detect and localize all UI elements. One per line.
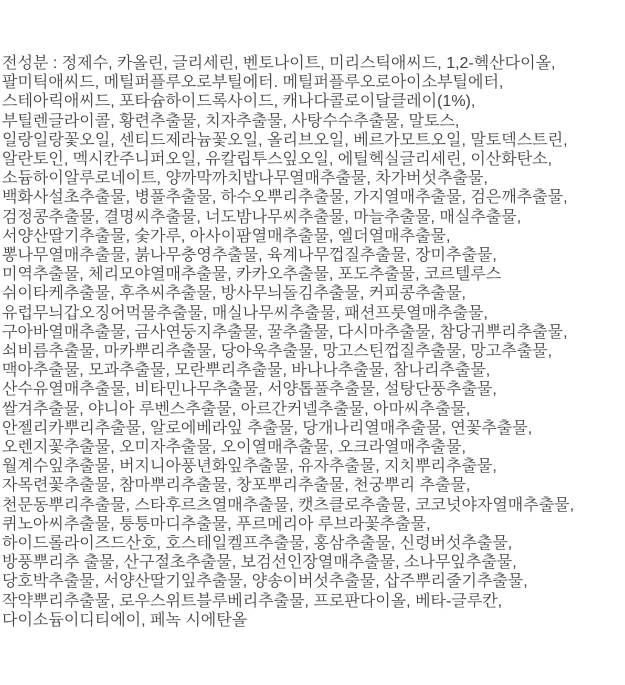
ingredients-text-block: 전성분 : 정제수, 카올린, 글리세린, 벤토나이트, 미리스틱애씨드, 1,…	[2, 54, 625, 630]
ingredient-line: 일랑일랑꽃오일, 센티드제라늄꽃오일, 올리브오일, 베르가모트오일, 말토덱스…	[2, 131, 625, 150]
ingredient-line: 알란토인, 멕시칸주니퍼오일, 유칼립투스잎오일, 에틸헥실글리세린, 이산화탄…	[2, 150, 625, 169]
ingredient-line: 구아바열매추출물, 금사연둥지추출물, 꿀추출물, 다시마추출물, 참당귀뿌리추…	[2, 323, 625, 342]
ingredient-line: 맥아추출물, 모과추출물, 모란뿌리추출물, 바나나추출물, 참나리추출물,	[2, 361, 625, 380]
ingredient-line: 하이드롤라이즈드산호, 호스테일켈프추출물, 홍삼추출물, 신령버섯추출물,	[2, 534, 625, 553]
ingredient-line: 소듐하이알루로네이트, 양까막까치밥나무열매추출물, 차가버섯추출물,	[2, 169, 625, 188]
ingredient-line: 팔미틱애씨드, 메틸퍼플루오로부틸에터. 메틸퍼플루오로아이소부틸에터,	[2, 73, 625, 92]
ingredient-line: 자목련꽃추출물, 참마뿌리추출물, 창포뿌리추출물, 천궁뿌리 추출물,	[2, 476, 625, 495]
ingredient-line: 쇠비름추출물, 마카뿌리추출물, 당아욱추출물, 망고스틴껍질추출물, 망고추출…	[2, 342, 625, 361]
ingredient-line: 뽕나무열매추출물, 붉나무충영추출물, 육계나무껍질추출물, 장미추출물,	[2, 246, 625, 265]
ingredient-line: 유럽무늬갑오징어먹물추출물, 매실나무씨추출물, 패션프룻열매추출물,	[2, 304, 625, 323]
ingredient-line: 백화사설초추출물, 병풀추출물, 하수오뿌리추출물, 가지열매추출물, 검은깨추…	[2, 188, 625, 207]
ingredient-line: 천문동뿌리추출물, 스타후르츠열매추출물, 캣츠클로추출물, 코코넛야자열매추출…	[2, 496, 625, 515]
ingredient-line: 검정콩추출물, 결명씨추출물, 너도밤나무씨추출물, 마늘추출물, 매실추출물,	[2, 208, 625, 227]
ingredient-line: 퀴노아씨추출물, 퉁퉁마디추출물, 푸르메리아 루브라꽃추출물,	[2, 515, 625, 534]
ingredient-line: 쌀겨추출물, 야니아 루벤스추출물, 아르간커넬추출물, 아마씨추출물,	[2, 400, 625, 419]
ingredient-line: 다이소듐이디티에이, 페녹 시에탄올	[2, 611, 625, 630]
ingredient-line: 서양산딸기추출물, 숯가루, 아사이팜열매추출물, 엘더열매추출물,	[2, 227, 625, 246]
ingredient-line: 스테아릭애씨드, 포타슘하이드록사이드, 캐나다콜로이달클레이(1%),	[2, 92, 625, 111]
ingredient-line: 미역추출물, 체리모야열매추출물, 카카오추출물, 포도추출물, 코르텔루스	[2, 265, 625, 284]
ingredient-line: 안젤리카뿌리추출물, 알로에베라잎 추출물, 당개나리열매추출물, 연꽃추출물,	[2, 419, 625, 438]
ingredient-line: 산수유열매추출물, 비타민나무추출물, 서양톱풀추출물, 설탕단풍추출물,	[2, 380, 625, 399]
ingredient-line: 방풍뿌리추 출물, 산구절초추출물, 보검선인장열매추출물, 소나무잎추출물,	[2, 553, 625, 572]
ingredient-line: 당호박추출물, 서양산딸기잎추출물, 양송이버섯추출물, 삽주뿌리줄기추출물,	[2, 572, 625, 591]
ingredient-line: 작약뿌리추출물, 로우스위트블루베리추출물, 프로판다이올, 베타-글루칸,	[2, 592, 625, 611]
ingredient-line: 쉬이타케추출물, 후추씨추출물, 방사무늬돌김추출물, 커피콩추출물,	[2, 284, 625, 303]
ingredient-line: 부틸렌글라이콜, 황련추출물, 치자추출물, 사탕수수추출물, 말토스,	[2, 112, 625, 131]
ingredient-line: 오렌지꽃추출물, 오미자추출물, 오이열매추출물, 오크라열매추출물,	[2, 438, 625, 457]
ingredient-line: 월계수잎추출물, 버지니아풍년화잎추출물, 유자추출물, 지치뿌리추출물,	[2, 457, 625, 476]
ingredient-line: 전성분 : 정제수, 카올린, 글리세린, 벤토나이트, 미리스틱애씨드, 1,…	[2, 54, 625, 73]
